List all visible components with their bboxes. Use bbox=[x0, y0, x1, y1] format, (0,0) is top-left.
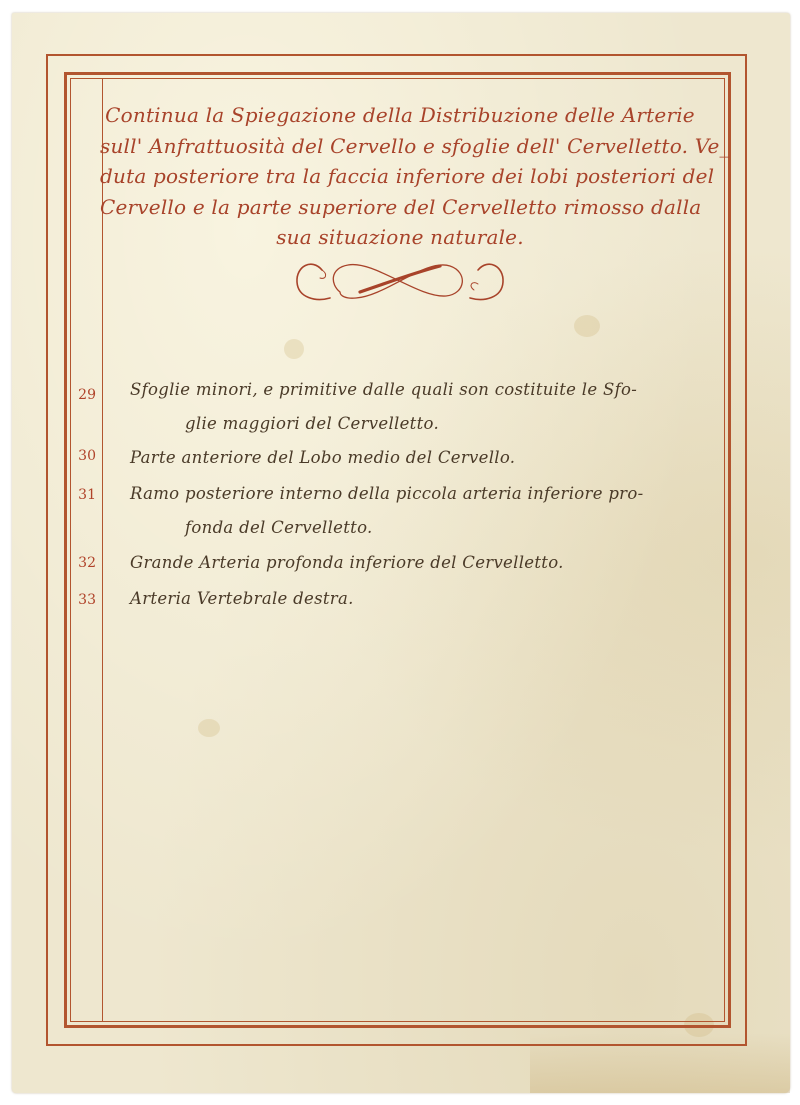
page-title: Continua la Spiegazione della Distribuzi… bbox=[100, 100, 700, 253]
entry-number: 31 bbox=[60, 487, 96, 503]
calligraphic-flourish-icon bbox=[290, 252, 510, 308]
entry-number: 33 bbox=[60, 592, 96, 608]
entry-text: Arteria Vertebrale destra. bbox=[130, 589, 354, 608]
title-line: sua situazione naturale. bbox=[100, 222, 700, 253]
title-line: Cervello e la parte superiore del Cervel… bbox=[100, 192, 700, 223]
entry-number: 30 bbox=[60, 448, 96, 464]
entry-number: 29 bbox=[60, 387, 96, 403]
entry-text: Sfoglie minori, e primitive dalle quali … bbox=[130, 380, 637, 399]
entry-text: Ramo posteriore interno della piccola ar… bbox=[130, 484, 643, 503]
title-line: duta posteriore tra la faccia inferiore … bbox=[100, 161, 700, 192]
entry-text: Grande Arteria profonda inferiore del Ce… bbox=[130, 553, 564, 572]
entry-number: 32 bbox=[60, 555, 96, 571]
entry-text: glie maggiori del Cervelletto. bbox=[185, 414, 439, 433]
title-line: sull' Anfrattuosità del Cervello e sfogl… bbox=[100, 131, 700, 162]
entry-text: Parte anteriore del Lobo medio del Cerve… bbox=[130, 448, 515, 467]
entry-text: fonda del Cervelletto. bbox=[185, 518, 373, 537]
title-line: Continua la Spiegazione della Distribuzi… bbox=[100, 100, 700, 131]
